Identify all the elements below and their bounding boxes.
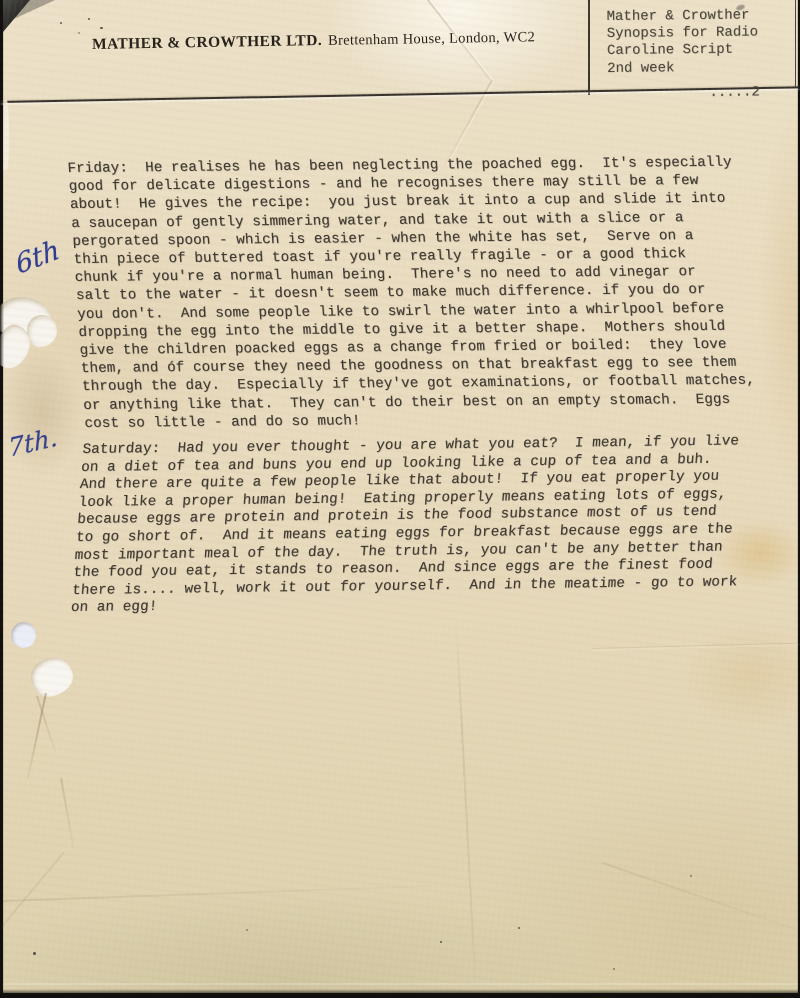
letterhead: MATHER & CROWTHER LTD.Brettenham House, … bbox=[92, 28, 535, 54]
handwritten-note-friday: 6th bbox=[13, 234, 62, 281]
ink-speck bbox=[60, 22, 62, 24]
reference-line: Mather & Crowther bbox=[607, 7, 793, 26]
paper-wrinkle-shade bbox=[3, 348, 81, 478]
paper-crease bbox=[602, 862, 800, 940]
torn-punch-hole-upper bbox=[27, 315, 57, 347]
page-number: .....2 bbox=[607, 84, 793, 103]
reference-box-left-rule bbox=[588, 0, 590, 95]
ink-speck bbox=[690, 875, 692, 877]
scan-edge-bottom bbox=[0, 989, 800, 998]
ink-speck bbox=[100, 27, 103, 29]
paper-crease bbox=[455, 615, 477, 998]
scan-edge-left bbox=[0, 0, 4, 998]
punch-hole bbox=[11, 622, 36, 648]
ink-speck bbox=[88, 18, 90, 20]
friday-paragraph: Friday: He realises he has been neglecti… bbox=[67, 154, 758, 434]
reference-line: Synopsis for Radio bbox=[607, 24, 793, 43]
letterhead-address: Brettenham House, London, WC2 bbox=[328, 29, 535, 49]
ink-speck bbox=[518, 927, 520, 929]
tear-crease bbox=[60, 778, 74, 849]
paper-crease bbox=[3, 885, 433, 902]
ink-speck bbox=[246, 929, 248, 931]
reference-box: Mather & Crowther Synopsis for Radio Car… bbox=[607, 7, 794, 103]
paper-crease bbox=[593, 642, 800, 649]
ink-speck bbox=[440, 941, 442, 943]
torn-punch-hole-lower bbox=[28, 654, 77, 700]
reference-line: 2nd week bbox=[607, 59, 793, 78]
saturday-paragraph: Saturday: Had you ever thought - you are… bbox=[70, 433, 748, 618]
letterhead-company: MATHER & CROWTHER LTD. bbox=[92, 32, 322, 53]
paper-crease bbox=[0, 852, 64, 945]
ink-speck bbox=[33, 952, 36, 955]
ink-speck bbox=[78, 32, 80, 34]
paper-edge-highlight bbox=[3, 983, 798, 985]
scanned-document: MATHER & CROWTHER LTD.Brettenham House, … bbox=[0, 0, 800, 998]
paper-sheet: MATHER & CROWTHER LTD.Brettenham House, … bbox=[3, 0, 798, 993]
reference-line: Caroline Script bbox=[607, 41, 793, 60]
tear-crease bbox=[27, 693, 47, 779]
ink-speck bbox=[613, 968, 615, 970]
